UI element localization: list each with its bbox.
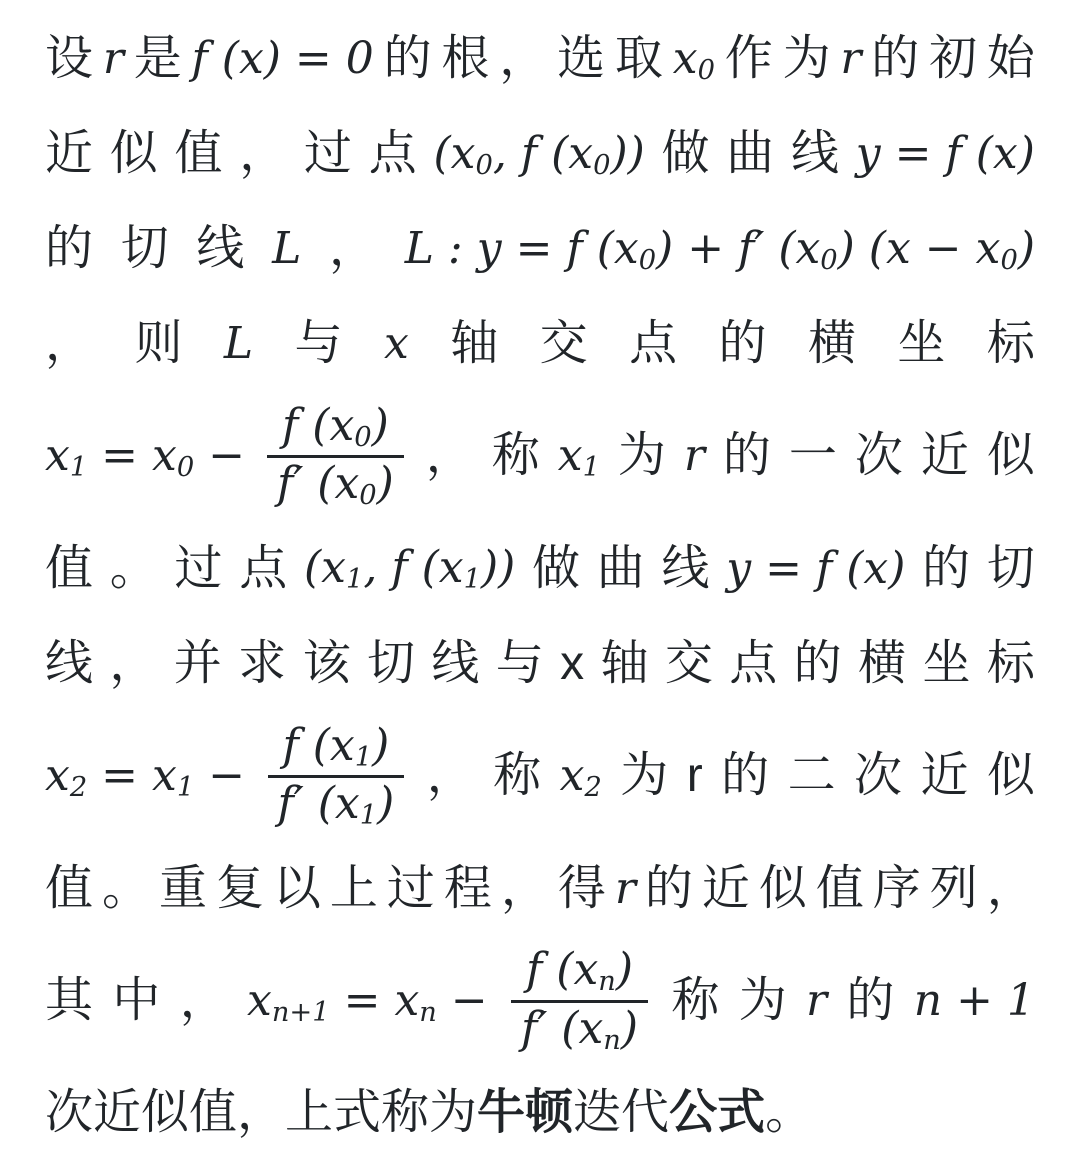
cjk-text: 标 <box>987 639 1035 689</box>
cjk-text: 上式称为 <box>285 1088 477 1138</box>
cjk-text: 取 <box>615 34 663 84</box>
cjk-text: 近 <box>920 751 968 801</box>
cjk-text: 为 <box>783 34 831 84</box>
cjk-text: 轴 <box>601 639 649 689</box>
cjk-text: ， <box>987 864 1035 914</box>
cjk-text: 线 <box>196 224 244 274</box>
cjk-text: 则 <box>134 319 182 369</box>
cjk-text: 点 <box>239 544 287 594</box>
cjk-text: 作 <box>725 34 773 84</box>
cjk-text: 始 <box>987 34 1035 84</box>
cjk-text: 程 <box>444 864 492 914</box>
text-line-2: 近似值，过点(x0, f (x0))做曲线y = f (x) <box>45 107 1035 202</box>
cjk-text: 曲 <box>726 129 774 179</box>
cjk-text: 交 <box>540 319 588 369</box>
cjk-text: 过 <box>387 864 435 914</box>
cjk-text: 的 <box>846 976 894 1026</box>
cjk-text: 似 <box>110 129 158 179</box>
cjk-text: 的 <box>723 431 771 481</box>
cjk-text: 其 <box>45 976 93 1026</box>
cjk-text: 与 <box>496 639 544 689</box>
cjk-text-bold: 公式 <box>669 1088 765 1138</box>
cjk-text: 值 <box>816 864 864 914</box>
text-line-4: ，则L与x轴交点的横坐标 <box>45 297 1035 392</box>
fraction-denominator: f′ (xn) <box>511 1000 648 1058</box>
cjk-text: 得 <box>558 864 606 914</box>
cjk-text: ， <box>45 319 93 369</box>
cjk-text: 根 <box>441 34 489 84</box>
cjk-text: 横 <box>808 319 856 369</box>
text-line-11: 次近似值，上式称为牛顿迭代公式。 <box>45 1066 1035 1161</box>
math-run: f (x) = 0 <box>192 35 374 83</box>
cjk-text: 为 <box>739 976 787 1026</box>
cjk-text: 轴 <box>450 319 498 369</box>
cjk-text: 。 <box>765 1088 813 1138</box>
math-run: x0 <box>673 35 715 84</box>
cjk-text: 值 <box>45 864 93 914</box>
math-fraction: f (xn)f′ (xn) <box>511 944 648 1058</box>
cjk-text: 值 <box>175 129 223 179</box>
math-run: r <box>806 977 827 1025</box>
cjk-text: 求 <box>238 639 286 689</box>
cjk-text: 点 <box>369 129 417 179</box>
cjk-text: 该 <box>303 639 351 689</box>
cjk-text: ， <box>180 976 228 1026</box>
cjk-text: 复 <box>216 864 264 914</box>
cjk-text: 近 <box>921 431 969 481</box>
cjk-text: ， <box>501 864 549 914</box>
cjk-text: 次近似值， <box>45 1088 285 1138</box>
cjk-text: 的 <box>721 751 769 801</box>
cjk-text: 切 <box>121 224 169 274</box>
cjk-text: 标 <box>987 319 1035 369</box>
math-run: x1 = x0 − <box>45 432 245 481</box>
cjk-text: 一 <box>789 431 837 481</box>
cjk-text: 的 <box>45 224 93 274</box>
math-run: n + 1 <box>914 977 1035 1025</box>
cjk-text: 线 <box>791 129 839 179</box>
cjk-text: 做 <box>532 544 580 594</box>
cjk-text: 近 <box>45 129 93 179</box>
cjk-text: ， <box>329 224 377 274</box>
text-line-6: 值。过点(x1, f (x1))做曲线y = f (x)的切 <box>45 522 1035 617</box>
cjk-text: 值 <box>45 544 93 594</box>
cjk-text: 线 <box>45 639 93 689</box>
text-line-3: 的切线L，L : y = f (x0) + f′ (x0) (x − x0) <box>45 202 1035 297</box>
text-line-5: x1 = x0 − f (x0)f′ (x0)，称x1为r的一次近似 <box>45 392 1035 522</box>
cjk-text: 。 <box>110 544 158 594</box>
fraction-denominator: f′ (x1) <box>268 775 405 833</box>
cjk-text: 二 <box>788 751 836 801</box>
cjk-text: 列 <box>930 864 978 914</box>
math-run: L <box>272 225 301 273</box>
cjk-text: 似 <box>987 431 1035 481</box>
cjk-text: ， <box>499 34 547 84</box>
cjk-text: 称 <box>492 431 540 481</box>
cjk-text: 迭代 <box>573 1088 669 1138</box>
math-run: xn+1 = xn − <box>247 977 488 1026</box>
cjk-text: 切 <box>987 544 1035 594</box>
cjk-text: 坐 <box>922 639 970 689</box>
cjk-text: 过 <box>175 544 223 594</box>
cjk-text: ， <box>239 129 287 179</box>
cjk-text: ， <box>426 431 474 481</box>
cjk-text: ， <box>427 751 475 801</box>
cjk-text: 的 <box>384 34 432 84</box>
fraction-numerator: f (xn) <box>516 944 643 999</box>
math-run: r <box>615 865 636 913</box>
cjk-text: 过 <box>304 129 352 179</box>
cjk-text: 点 <box>729 639 777 689</box>
cjk-text: 切 <box>367 639 415 689</box>
cjk-text: 称 <box>493 751 541 801</box>
cjk-text: 并 <box>174 639 222 689</box>
cjk-text: 坐 <box>897 319 945 369</box>
fraction-denominator: f′ (x0) <box>267 455 404 513</box>
cjk-text: 称 <box>671 976 719 1026</box>
cjk-text: 。 <box>102 864 150 914</box>
cjk-text: 上 <box>330 864 378 914</box>
math-run: r <box>840 35 861 83</box>
cjk-text: 近 <box>702 864 750 914</box>
math-fraction: f (x0)f′ (x0) <box>267 400 404 514</box>
math-run: (x1, f (x1)) <box>304 544 515 593</box>
cjk-text-bold: 牛顿 <box>477 1088 573 1138</box>
cjk-text: 为 <box>620 751 668 801</box>
cjk-text: 的 <box>719 319 767 369</box>
text-line-9: 值。重复以上过程，得r的近似值序列， <box>45 841 1035 936</box>
math-run: x <box>384 320 409 368</box>
cjk-text: 做 <box>662 129 710 179</box>
cjk-text: 以 <box>273 864 321 914</box>
cjk-text: 次 <box>855 431 903 481</box>
cjk-text: 线 <box>431 639 479 689</box>
cjk-text: 设 <box>45 34 93 84</box>
cjk-text: 的 <box>871 34 919 84</box>
text-line-10: 其中，xn+1 = xn − f (xn)f′ (xn)称为r的n + 1 <box>45 936 1035 1066</box>
text-line-8: x2 = x1 − f (x1)f′ (x1)，称x2为r的二次近似 <box>45 711 1035 841</box>
math-run: x2 <box>560 752 602 801</box>
math-run: (x0, f (x0)) <box>434 130 645 179</box>
math-run: y = f (x) <box>856 130 1035 178</box>
fraction-numerator: f (x1) <box>272 720 399 775</box>
cjk-text: 中 <box>112 976 160 1026</box>
cjk-text: ， <box>109 639 157 689</box>
math-text-document: 设r是f (x) = 0的根，选取x0作为r的初始 近似值，过点(x0, f (… <box>0 0 1080 1161</box>
cjk-text: 的 <box>794 639 842 689</box>
cjk-text: 线 <box>662 544 710 594</box>
math-run: x2 = x1 − <box>45 752 245 801</box>
math-run: L : y = f (x0) + f′ (x0) (x − x0) <box>405 225 1035 274</box>
cjk-text: 似 <box>987 751 1035 801</box>
math-run: r <box>103 35 124 83</box>
math-fraction: f (x1)f′ (x1) <box>268 720 405 834</box>
math-run: r <box>684 432 705 480</box>
cjk-text: 次 <box>854 751 902 801</box>
cjk-text: 重 <box>159 864 207 914</box>
cjk-text: x <box>560 639 584 689</box>
text-line-7: 线，并求该切线与x轴交点的横坐标 <box>45 617 1035 712</box>
cjk-text: 交 <box>665 639 713 689</box>
cjk-text: 与 <box>295 319 343 369</box>
cjk-text: 似 <box>759 864 807 914</box>
cjk-text: r <box>687 751 703 801</box>
cjk-text: 曲 <box>597 544 645 594</box>
cjk-text: 是 <box>134 34 182 84</box>
math-run: L <box>224 320 253 368</box>
cjk-text: 为 <box>618 431 666 481</box>
cjk-text: 横 <box>858 639 906 689</box>
math-run: y = f (x) <box>726 545 905 593</box>
cjk-text: 的 <box>922 544 970 594</box>
fraction-numerator: f (x0) <box>272 400 399 455</box>
math-run: x1 <box>558 432 600 481</box>
cjk-text: 初 <box>929 34 977 84</box>
cjk-text: 序 <box>873 864 921 914</box>
cjk-text: 点 <box>629 319 677 369</box>
cjk-text: 的 <box>645 864 693 914</box>
cjk-text: 选 <box>557 34 605 84</box>
text-line-1: 设r是f (x) = 0的根，选取x0作为r的初始 <box>45 12 1035 107</box>
